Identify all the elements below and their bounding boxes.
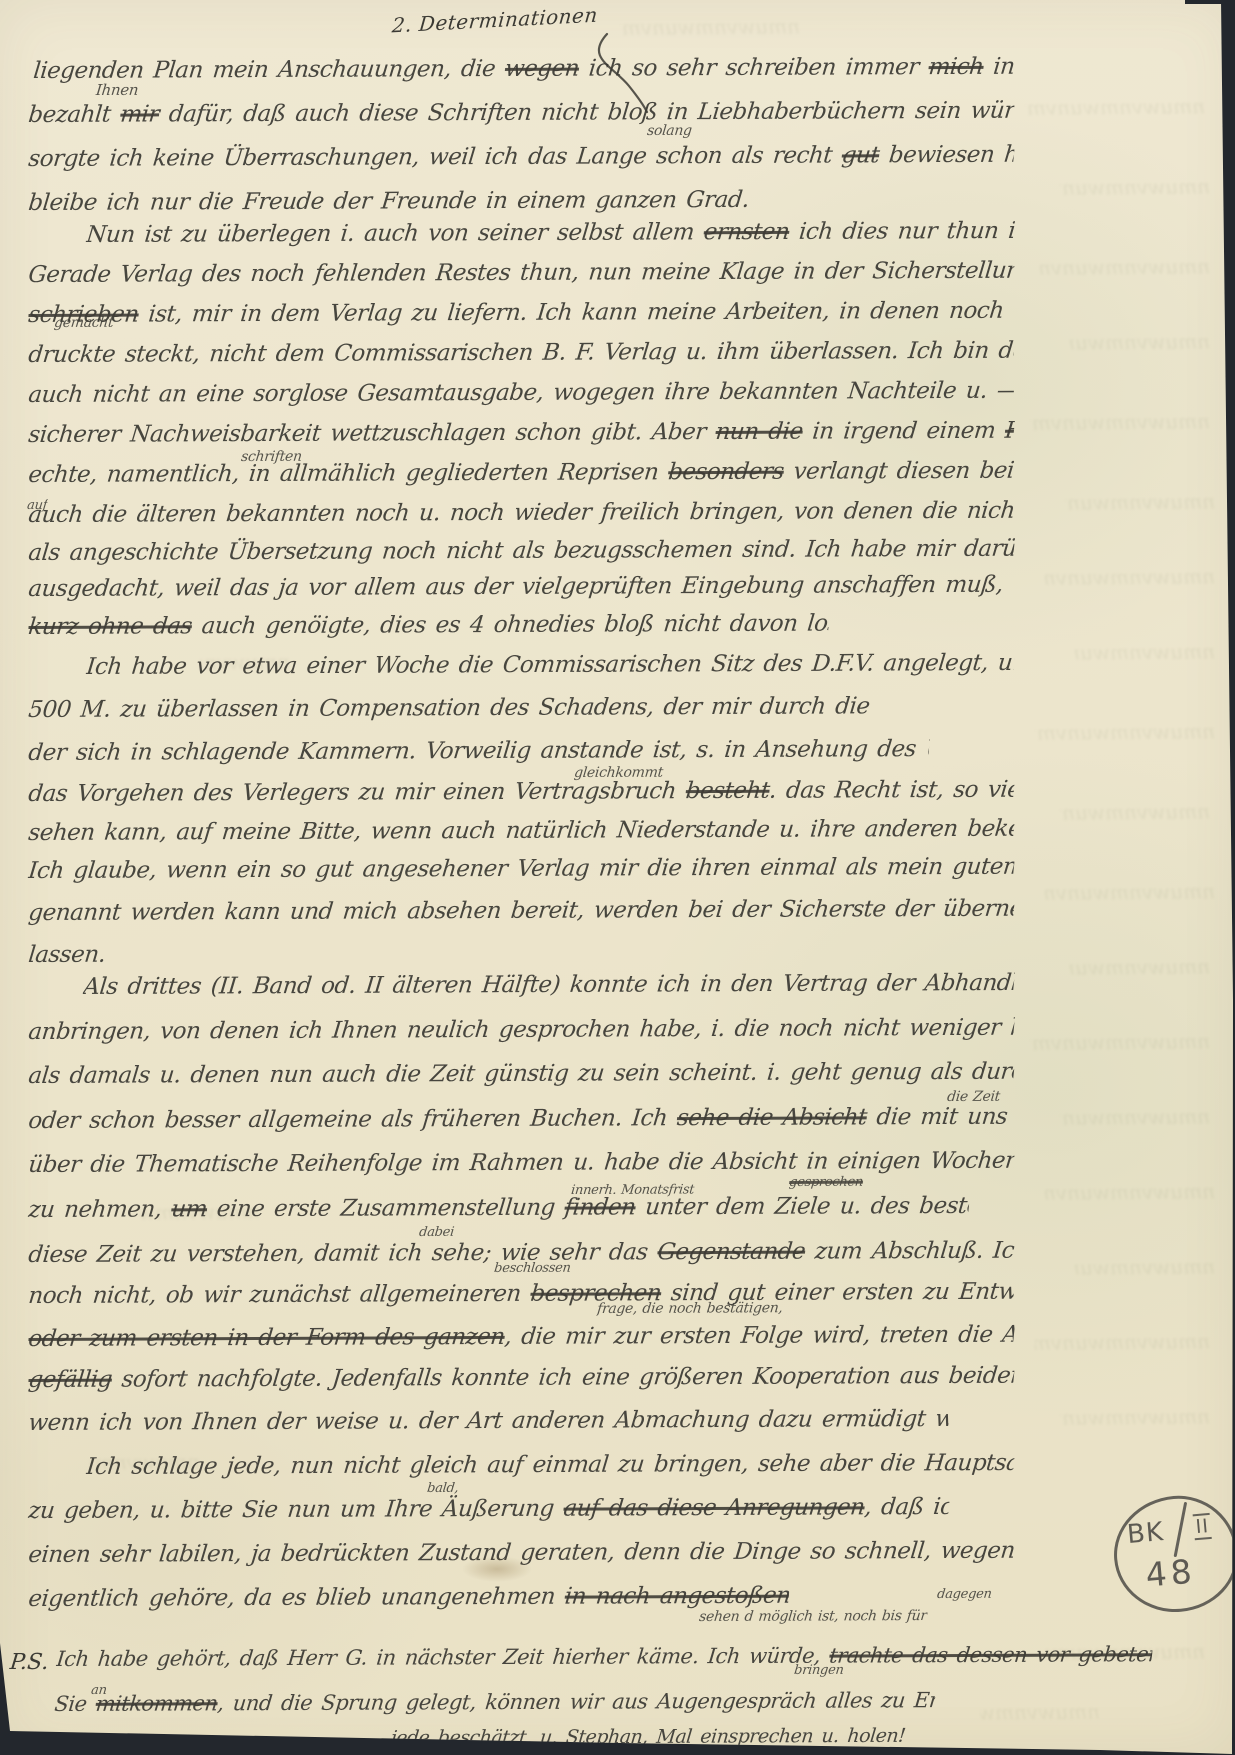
scan-edge-shadow bbox=[1185, 0, 1235, 4]
handwritten-line: das Vorgehen des Verlegers zu mir einen … bbox=[27, 775, 1016, 810]
interlinear-note: auf bbox=[26, 497, 48, 515]
handwritten-line: gefällig sofort nachfolgte. Jedenfalls k… bbox=[27, 1361, 1016, 1396]
handwritten-line: der sich in schlagende Kammern. Vorweili… bbox=[27, 734, 931, 769]
bleedthrough-mark: nmuwvnmwunvmwnumvw bbox=[1060, 1104, 1210, 1129]
interlinear-note: an bbox=[90, 1682, 107, 1700]
bleedthrough-mark: nmuwvnmwunvmwnumvw bbox=[1035, 719, 1215, 745]
interlinear-note: gleichkommt bbox=[573, 764, 664, 783]
handwritten-line: ausgedacht, weil das ja vor allem aus de… bbox=[27, 570, 1016, 605]
bleedthrough-mark: nmuwvnmwunvmwnumvw bbox=[1040, 254, 1210, 279]
handwritten-line: als damals u. denen nun auch die Zeit gü… bbox=[27, 1057, 1016, 1092]
handwritten-line: sehen kann, auf meine Bitte, wenn auch n… bbox=[27, 814, 1016, 849]
bleedthrough-mark: nmuwvnmwunvmwnumvw bbox=[1070, 329, 1210, 354]
handwritten-line: auch nicht an eine sorglose Gesamtausgab… bbox=[27, 376, 1016, 411]
interlinear-note: die Zeit bbox=[946, 1088, 1001, 1107]
bleedthrough-mark: nmuwvnmwunvmwnumvw bbox=[1075, 1254, 1215, 1279]
handwritten-line: oder schon besser allgemeine als frühere… bbox=[27, 1102, 1016, 1137]
archive-stamp-circle: BK II 48 bbox=[1109, 1491, 1235, 1617]
handwritten-line: jede beschätzt, u. Stephan, Mal einsprec… bbox=[389, 1724, 952, 1752]
handwritten-line: noch nicht, ob wir zunächst allgemeinere… bbox=[27, 1277, 1016, 1312]
handwritten-line: Nun ist zu überlegen i. auch von seiner … bbox=[85, 216, 1016, 251]
handwritten-line: anbringen, von denen ich Ihnen neulich g… bbox=[27, 1013, 1016, 1048]
postscript-label: P.S. bbox=[9, 1650, 50, 1675]
interlinear-note: frage, die noch bestätigen, bbox=[596, 1299, 783, 1319]
stamp-slash bbox=[1174, 1502, 1188, 1558]
handwritten-line: Ich habe vor etwa einer Woche die Commis… bbox=[85, 648, 1016, 683]
bleedthrough-mark: nmuwvnmwunvmwnumvw bbox=[1075, 639, 1215, 664]
handwritten-line: oder zum ersten in der Form des ganzen, … bbox=[27, 1320, 1016, 1355]
handwritten-line: Ich glaube, wenn ein so gut angesehener … bbox=[27, 852, 1016, 887]
bleedthrough-mark: nmuwvnmwunvmwnumvw bbox=[980, 1699, 1100, 1724]
handwritten-line: wenn ich von Ihnen der weise u. der Art … bbox=[27, 1404, 951, 1439]
handwritten-line: bezahlt mir dafür, daß auch diese Schrif… bbox=[27, 96, 1016, 131]
interlinear-note: schriften bbox=[240, 448, 303, 467]
interlinear-note: dabei bbox=[418, 1224, 455, 1242]
interlinear-note: Ihnen bbox=[95, 80, 139, 100]
handwritten-line: 500 M. zu überlassen in Compensation des… bbox=[27, 691, 881, 726]
bleedthrough-mark: nmuwvnmwunvmwnumvw bbox=[1030, 1029, 1210, 1055]
handwritten-line: Sie mitkommen, und die Sprung gelegt, kö… bbox=[53, 1686, 936, 1718]
bleedthrough-mark: nmuwvnmwunvmwnumvw bbox=[1025, 94, 1205, 120]
handwritten-line: genannt werden kann und mich absehen ber… bbox=[27, 894, 1016, 929]
interlinear-note: beschlossen bbox=[493, 1260, 571, 1278]
handwritten-line: als angeschichte Übersetzung noch nicht … bbox=[27, 534, 1016, 569]
handwritten-line: eigentlich gehöre, da es blieb unangeneh… bbox=[27, 1581, 790, 1615]
interlinear-note: innerh. Monatsfrist bbox=[570, 1181, 695, 1199]
stamp-number: 48 bbox=[1144, 1551, 1197, 1594]
bleedthrough-mark: nmuwvnmwunvmwnumvw bbox=[1030, 409, 1210, 435]
handwritten-line: Gerade Verlag des noch fehlenden Restes … bbox=[27, 256, 1016, 291]
bleedthrough-mark: nmuwvnmwunvmwnumvw bbox=[1045, 1179, 1215, 1204]
handwritten-line: Ich schlage jede, nun nicht gleich auf e… bbox=[85, 1448, 1016, 1483]
bleedthrough-mark: nmuwvnmwunvmwnumvw bbox=[1060, 799, 1210, 824]
handwritten-line: schrieben ist, mir in dem Verlag zu lief… bbox=[27, 296, 1016, 331]
interlinear-note: gemacht bbox=[53, 314, 114, 333]
bleedthrough-mark: nmuwvnmwunvmwnumvw bbox=[1060, 174, 1210, 199]
handwritten-line: sicherer Nachweisbarkeit wettzuschlagen … bbox=[27, 416, 1016, 451]
bleedthrough-mark: nmuwvnmwunvmwnumvw bbox=[1070, 954, 1210, 979]
handwritten-line: auch die älteren bekannten noch u. noch … bbox=[27, 496, 1016, 531]
handwritten-line: Als drittes (II. Band od. II älteren Häl… bbox=[82, 968, 1016, 1003]
stamp-code: BK bbox=[1126, 1517, 1165, 1550]
handwritten-line: Ich habe gehört, daß Herr G. in nächster… bbox=[55, 1640, 1153, 1673]
interlinear-note: solang bbox=[646, 122, 693, 141]
handwritten-line: lassen. bbox=[27, 939, 160, 971]
handwritten-line: kurz ohne das auch genöigte, dies es 4 o… bbox=[27, 609, 830, 644]
bleedthrough-mark: nmuwvnmwunvmwnumvw bbox=[1060, 1404, 1210, 1429]
bleedthrough-mark: nmuwvnmwunvmwnumvw bbox=[1045, 564, 1215, 589]
bleedthrough-mark: nmuwvnmwunvmwnumvw bbox=[1035, 1329, 1210, 1355]
handwritten-line: bleibe ich nur die Freude der Freunde in… bbox=[27, 185, 750, 219]
handwritten-line: sorgte ich keine Überraschungen, weil ic… bbox=[27, 140, 1016, 175]
ink-smudge bbox=[462, 1556, 532, 1582]
handwritten-line: liegenden Plan mein Anschauungen, die we… bbox=[32, 52, 1021, 87]
interlinear-note: dagegen bbox=[936, 1586, 992, 1604]
interlinear-note: sehen d möglich ist, noch bis für bbox=[698, 1607, 928, 1627]
handwritten-line: druckte steckt, nicht dem Commissarische… bbox=[27, 336, 1016, 371]
bleedthrough-mark: nmuwvnmwunvmwnumvw bbox=[1045, 879, 1215, 904]
manuscript-page: nmuwvnmwunvmwnumvwnmuwvnmwunvmwnumvwnmuw… bbox=[0, 0, 1235, 1755]
handwritten-line: echte, namentlich, in allmählich geglied… bbox=[27, 456, 1016, 491]
handwritten-line: zu nehmen, um eine erste Zusammenstellun… bbox=[27, 1191, 971, 1226]
handwritten-line: zu geben, u. bitte Sie nun um Ihre Äußer… bbox=[27, 1492, 951, 1527]
interlinear-note: gesprochen bbox=[788, 1174, 864, 1192]
interlinear-note: bald, bbox=[426, 1480, 459, 1498]
bleedthrough-mark: nmuwvnmwunvmwnumvw bbox=[1065, 489, 1215, 514]
interlinear-note: bringen bbox=[793, 1662, 844, 1680]
stamp-roman-numeral: II bbox=[1193, 1513, 1212, 1540]
handwritten-line: über die Thematische Reihenfolge im Rahm… bbox=[27, 1146, 1016, 1181]
manuscript-scan: nmuwvnmwunvmwnumvwnmuwvnmwunvmwnumvwnmuw… bbox=[0, 0, 1235, 1755]
